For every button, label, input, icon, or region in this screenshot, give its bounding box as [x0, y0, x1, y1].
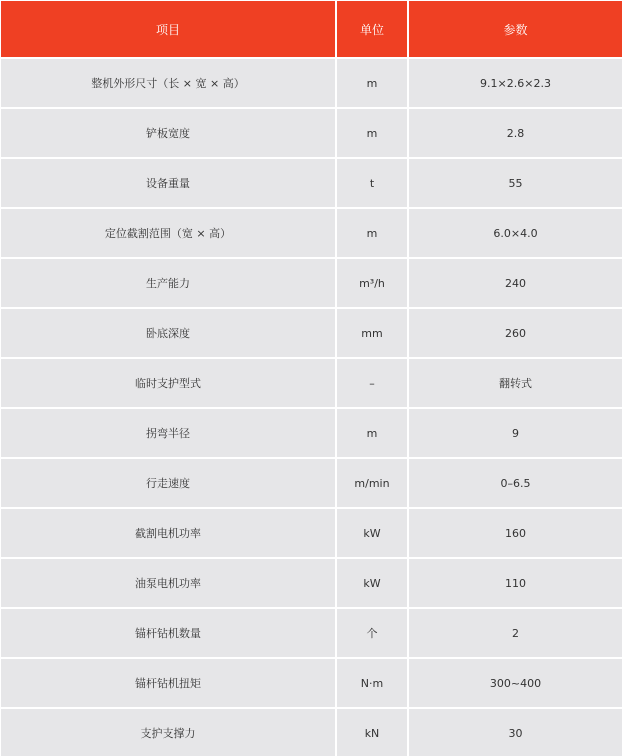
table-row: 截割电机功率 kW 160	[1, 509, 622, 557]
table-row: 卧底深度 mm 260	[1, 309, 622, 357]
cell-param: 240	[409, 259, 622, 307]
cell-item: 临时支护型式	[1, 359, 335, 407]
cell-item: 截割电机功率	[1, 509, 335, 557]
header-item: 项目	[1, 1, 335, 57]
cell-unit: m/min	[337, 459, 407, 507]
cell-param: 300~400	[409, 659, 622, 707]
cell-item: 定位截割范围（宽 × 高）	[1, 209, 335, 257]
table-row: 临时支护型式 – 翻转式	[1, 359, 622, 407]
cell-item: 铲板宽度	[1, 109, 335, 157]
table-row: 生产能力 m³/h 240	[1, 259, 622, 307]
cell-item: 卧底深度	[1, 309, 335, 357]
cell-unit: 个	[337, 609, 407, 657]
cell-param: 6.0×4.0	[409, 209, 622, 257]
cell-unit: kW	[337, 509, 407, 557]
table-row: 整机外形尺寸（长 × 宽 × 高） m 9.1×2.6×2.3	[1, 59, 622, 107]
cell-unit: m	[337, 109, 407, 157]
table-row: 油泵电机功率 kW 110	[1, 559, 622, 607]
cell-unit: kW	[337, 559, 407, 607]
table-row: 铲板宽度 m 2.8	[1, 109, 622, 157]
table-row: 锚杆钻机扭矩 N·m 300~400	[1, 659, 622, 707]
table-row: 行走速度 m/min 0–6.5	[1, 459, 622, 507]
cell-param: 110	[409, 559, 622, 607]
cell-item: 行走速度	[1, 459, 335, 507]
table-row: 设备重量 t 55	[1, 159, 622, 207]
table-header-row: 项目 单位 参数	[1, 1, 622, 57]
cell-param: 翻转式	[409, 359, 622, 407]
cell-unit: –	[337, 359, 407, 407]
cell-item: 支护支撑力	[1, 709, 335, 756]
table-row: 支护支撑力 kN 30	[1, 709, 622, 756]
cell-param: 9	[409, 409, 622, 457]
cell-item: 整机外形尺寸（长 × 宽 × 高）	[1, 59, 335, 107]
cell-unit: m	[337, 209, 407, 257]
cell-unit: m³/h	[337, 259, 407, 307]
cell-item: 锚杆钻机扭矩	[1, 659, 335, 707]
cell-item: 锚杆钻机数量	[1, 609, 335, 657]
cell-param: 0–6.5	[409, 459, 622, 507]
cell-item: 生产能力	[1, 259, 335, 307]
cell-unit: mm	[337, 309, 407, 357]
cell-param: 260	[409, 309, 622, 357]
cell-param: 9.1×2.6×2.3	[409, 59, 622, 107]
spec-table: 项目 单位 参数 整机外形尺寸（长 × 宽 × 高） m 9.1×2.6×2.3…	[0, 0, 624, 756]
cell-item: 设备重量	[1, 159, 335, 207]
cell-param: 55	[409, 159, 622, 207]
table-row: 拐弯半径 m 9	[1, 409, 622, 457]
table-row: 锚杆钻机数量 个 2	[1, 609, 622, 657]
cell-param: 160	[409, 509, 622, 557]
cell-unit: t	[337, 159, 407, 207]
cell-param: 30	[409, 709, 622, 756]
cell-unit: m	[337, 59, 407, 107]
cell-param: 2	[409, 609, 622, 657]
cell-item: 拐弯半径	[1, 409, 335, 457]
cell-param: 2.8	[409, 109, 622, 157]
cell-item: 油泵电机功率	[1, 559, 335, 607]
cell-unit: m	[337, 409, 407, 457]
header-unit: 单位	[337, 1, 407, 57]
cell-unit: kN	[337, 709, 407, 756]
header-param: 参数	[409, 1, 622, 57]
table-row: 定位截割范围（宽 × 高） m 6.0×4.0	[1, 209, 622, 257]
cell-unit: N·m	[337, 659, 407, 707]
